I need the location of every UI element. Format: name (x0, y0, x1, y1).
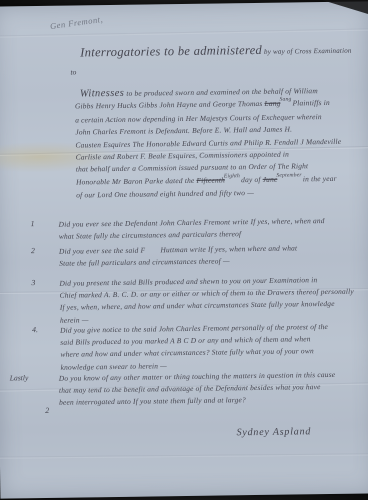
interrogatory-item-1: 1 Did you ever see the Defendant John Ch… (59, 215, 359, 244)
inserted-word: Sang (279, 94, 291, 107)
item-number: 3 (31, 278, 35, 287)
struck-day: Fifteenth (196, 175, 225, 184)
item-number: 4. (32, 325, 38, 334)
title-main-text: Interrogatories to be administered (80, 43, 262, 60)
paper-sheet: Gen Fremont, Interrogatories to be admin… (0, 1, 368, 498)
interrogatory-item-4: 4. Did you give notice to the said John … (60, 321, 361, 374)
interrogatory-item-lastly: Lastly Do you know of any other matter o… (59, 369, 359, 410)
item-lines: Did you ever see the said F Huttman writ… (59, 242, 359, 271)
fold-crease (0, 453, 368, 458)
scanned-document-page: { "document": { "pencil_note": "Gen Frem… (0, 0, 368, 500)
inserted-month: September (276, 169, 302, 182)
title-to-word: to (70, 68, 76, 77)
line-text: day of (239, 175, 263, 184)
item-number: 1 (31, 219, 35, 228)
document-title: Interrogatories to be administered by wa… (80, 40, 352, 62)
signature: Sydney Aspland (236, 426, 311, 438)
witnesses-middle-lines: a certain Action now depending in Her Ma… (75, 110, 360, 176)
interrogatory-item-2: 2 Did you ever see the said F Huttman wr… (59, 242, 359, 271)
item-lines: Do you know of any other matter or thing… (59, 369, 359, 410)
item-lines: Did you ever see the Defendant John Char… (59, 215, 359, 244)
item-lines: Did you present the said Bills produced … (59, 274, 360, 327)
item-number: 2 (31, 246, 35, 255)
witnesses-lead-word: Witnesses (80, 88, 125, 100)
item-lines: Did you give notice to the said John Cha… (60, 321, 361, 374)
struck-word: Lang (264, 99, 280, 108)
title-subtext: by way of Cross Examination (262, 47, 352, 56)
witnesses-paragraph: Witnesses to be produced sworn and exami… (75, 85, 361, 203)
line-text: Plaintiffs in (290, 98, 329, 108)
line-text: Gibbs Henry Hucks Gibbs John Hayne and G… (75, 99, 265, 111)
closing-flourish: 2 (45, 406, 49, 415)
item-number: Lastly (10, 373, 29, 382)
line-text: Honorable Mr Baron Parke dated the (76, 176, 197, 187)
struck-month: June (263, 175, 278, 184)
line-text: in the year (301, 174, 337, 183)
interrogatory-item-3: 3 Did you present the said Bills produce… (59, 274, 360, 327)
handwriting-line: of our Lord One thousand eight hundred a… (76, 186, 360, 202)
inserted-day: Eighth (224, 170, 240, 183)
pencil-annotation: Gen Fremont, (49, 14, 103, 31)
